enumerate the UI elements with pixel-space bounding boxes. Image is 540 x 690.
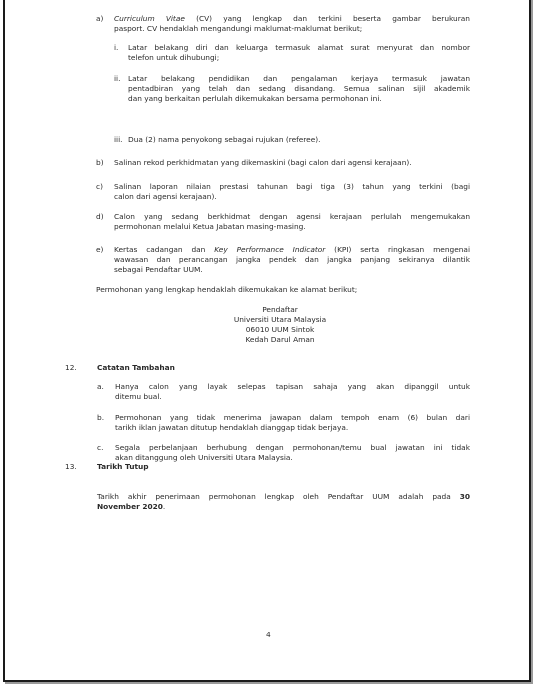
section-13-number: 13.: [65, 462, 77, 472]
sub-i-line2: telefon untuk dihubungi;: [128, 53, 219, 63]
list-label-c: c): [96, 182, 103, 192]
note-b-line2: tarikh iklan jawatan ditutup hendaklah d…: [115, 423, 348, 433]
list-label-b: b): [96, 158, 104, 168]
sub-ii-line3: dan yang berkaitan perlulah dikemukakan …: [128, 94, 382, 104]
item-e-line3: sebagai Pendaftar UUM.: [114, 265, 203, 275]
address-line-3: 06010 UUM Sintok: [180, 325, 380, 335]
item-d-line2: permohonan melalui Ketua Jabatan masing-…: [114, 222, 306, 232]
sub-label-i: i.: [114, 43, 118, 53]
item-e-line1: Kertas cadangan dan Key Performance Indi…: [114, 245, 470, 255]
address-line-1: Pendaftar: [180, 305, 380, 315]
closing-line1: Tarikh akhir penerimaan permohonan lengk…: [97, 492, 470, 502]
closing-line2: November 2020.: [97, 502, 165, 512]
list-label-a: a): [96, 14, 103, 24]
sub-ii-line1: Latar belakang pendidikan dan pengalaman…: [128, 74, 470, 84]
address-line-4: Kedah Darul Aman: [180, 335, 380, 345]
address-intro: Permohonan yang lengkap hendaklah dikemu…: [96, 285, 357, 295]
list-label-e: e): [96, 245, 103, 255]
sub-label-iii: iii.: [114, 135, 123, 145]
note-c-line1: Segala perbelanjaan berhubung dengan per…: [115, 443, 470, 453]
item-b-line1: Salinan rekod perkhidmatan yang dikemask…: [114, 158, 412, 168]
note-label-b: b.: [97, 413, 104, 423]
sub-ii-line2: pentadbiran yang telah dan sedang disand…: [128, 84, 470, 94]
item-e-line2: wawasan dan perancangan jangka pendek da…: [114, 255, 470, 265]
page-number: 4: [266, 630, 271, 640]
note-b-line1: Permohonan yang tidak menerima jawapan d…: [115, 413, 470, 423]
item-a-line1: Curriculum Vitae (CV) yang lengkap dan t…: [114, 14, 470, 24]
item-d-line1: Calon yang sedang berkhidmat dengan agen…: [114, 212, 470, 222]
note-a-line2: ditemu bual.: [115, 392, 162, 402]
section-13-title: Tarikh Tutup: [97, 462, 149, 472]
note-label-c: c.: [97, 443, 103, 453]
note-a-line1: Hanya calon yang layak selepas tapisan s…: [115, 382, 470, 392]
address-line-2: Universiti Utara Malaysia: [180, 315, 380, 325]
sub-label-ii: ii.: [114, 74, 120, 84]
item-a-line2: pasport. CV hendaklah mengandungi maklum…: [114, 24, 362, 34]
item-c-line1: Salinan laporan nilaian prestasi tahunan…: [114, 182, 470, 192]
sub-iii-line1: Dua (2) nama penyokong sebagai rujukan (…: [128, 135, 321, 145]
note-label-a: a.: [97, 382, 104, 392]
item-c-line2: calon dari agensi kerajaan).: [114, 192, 217, 202]
list-label-d: d): [96, 212, 104, 222]
section-12-number: 12.: [65, 363, 77, 373]
section-12-title: Catatan Tambahan: [97, 363, 175, 373]
sub-i-line1: Latar belakang diri dan keluarga termasu…: [128, 43, 470, 53]
